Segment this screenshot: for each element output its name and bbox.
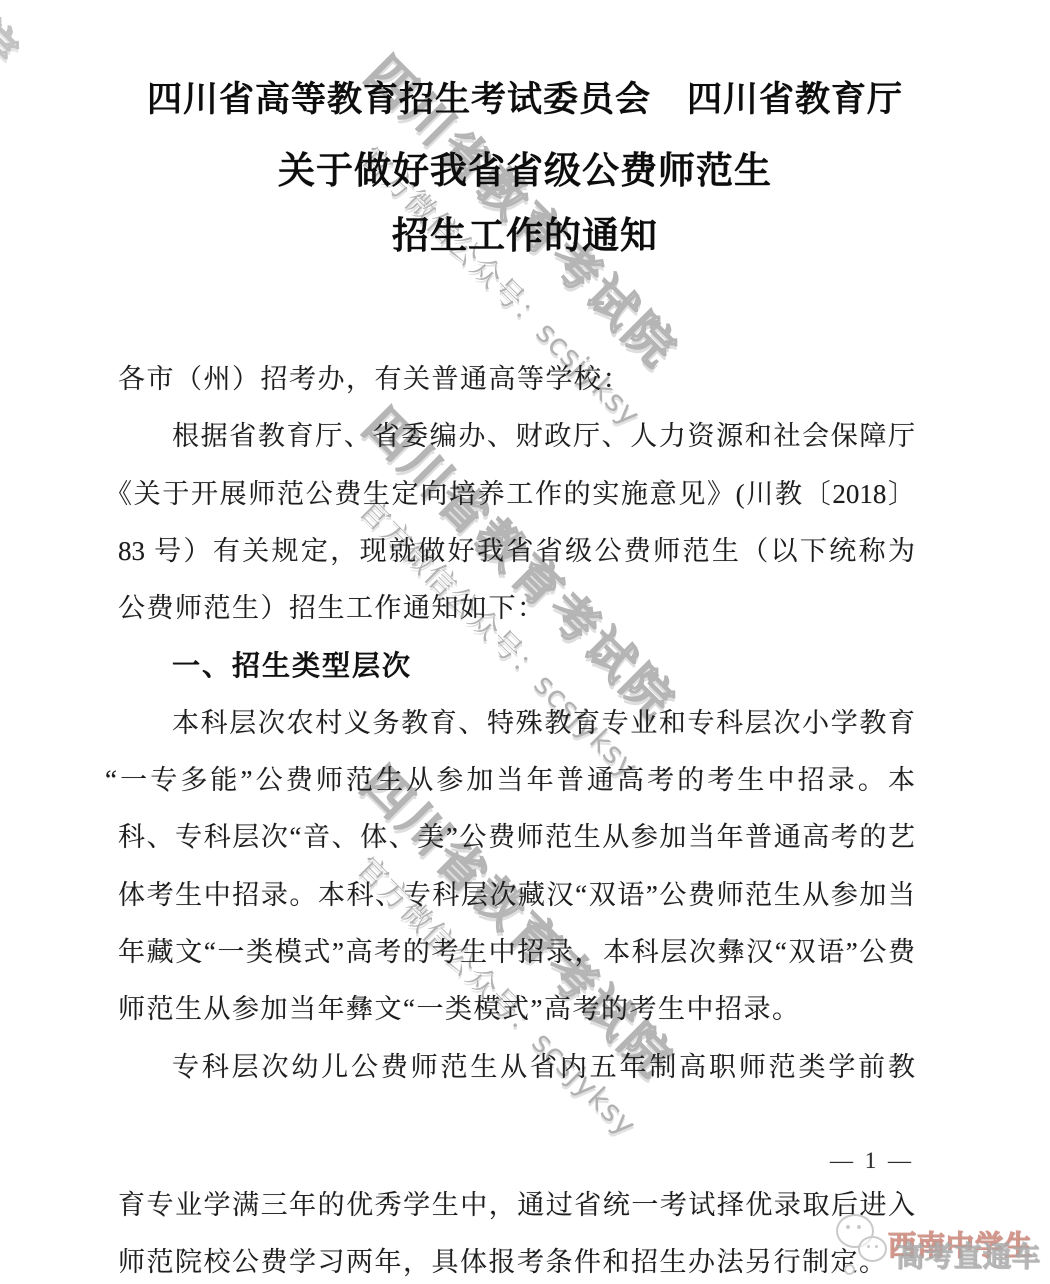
document-line: 根据省教育厅、省委编办、财政厅、人力资源和社会保障厅 [118,414,915,453]
document-line: 年藏文“一类模式”高考的考生中招录，本科层次彝汉“双语”公费 [118,930,915,969]
section-heading: 一、招生类型层次 [118,644,915,684]
document-line: 师范生从参加当年彝文“一类模式”高考的考生中招录。 [118,987,915,1026]
wechat-bubble-icon [858,1236,887,1262]
document-line: 师范院校公费学习两年，具体报考条件和招生办法另行制定。 [118,1240,915,1279]
page-number: — 1 — [830,1148,914,1174]
document-line: 83 号）有关规定，现就做好我省省级公费师范生（以下统称为 [118,529,915,568]
document-line: 体考生中招录。本科、专科层次藏汉“双语”公费师范生从参加当 [118,873,915,912]
document-title-subject-line2: 招生工作的通知 [0,205,1050,259]
document-line: 专科层次幼儿公费师范生从省内五年制高职师范类学前教 [118,1045,915,1084]
bubble-eye-icon [875,1245,878,1248]
scanned-document-page: { "watermark": { "big_text": "四川省教育考试院",… [0,0,1050,1284]
document-line: 科、专科层次“音、体、美”公费师范生从参加当年普通高考的艺 [118,815,915,854]
bubble-dot-icon [844,1264,855,1275]
document-line: 各市（州）招考办，有关普通高等学校： [118,357,915,396]
document-line: 育专业学满三年的优秀学生中，通过省统一考试择优录取后进入 [118,1183,915,1222]
footer-brand-text-bottom: 高考直通车 [896,1235,1041,1275]
document-line: 本科层次农村义务教育、特殊教育专业和专科层次小学教育 [118,701,915,740]
document-line: 公费师范生）招生工作通知如下： [118,586,915,625]
document-line: 《关于开展师范公费生定向培养工作的实施意见》(川教〔2018〕 [105,472,915,511]
bubble-eye-icon [867,1245,870,1248]
document-line: “一专多能”公费师范生从参加当年普通高考的考生中招录。本 [105,758,915,797]
document-title-subject-line1: 关于做好我省省级公费师范生 [0,140,1050,194]
footer-logo-watermark: 西南中学生 高考直通车 [836,1212,1050,1278]
bubble-eye-icon [857,1225,861,1229]
bubble-eye-icon [846,1225,850,1229]
document-title-issuers: 四川省高等教育招生考试委员会 四川省教育厅 [0,72,1050,122]
